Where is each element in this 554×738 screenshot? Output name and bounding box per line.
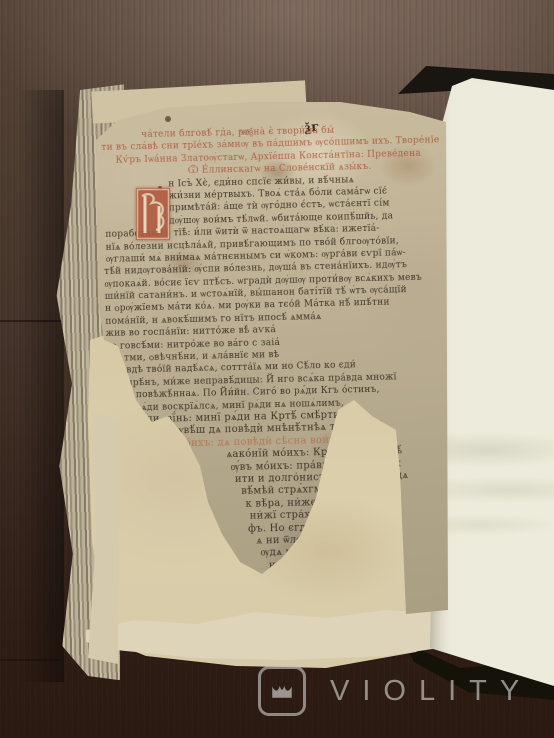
crown-icon	[270, 681, 294, 701]
woodcut-initial-ornament	[136, 188, 170, 240]
photo-old-book: ѯг чв ча́тели блговѣ́ гд̀а, роѯна̀ є̀ тв…	[0, 0, 554, 738]
book-shadow-left	[18, 90, 64, 682]
watermark: VIOLITY	[258, 666, 532, 716]
ornamental-initial	[136, 188, 170, 240]
wormhole	[165, 116, 171, 122]
watermark-brand: VIOLITY	[330, 669, 532, 713]
watermark-badge	[258, 666, 306, 716]
